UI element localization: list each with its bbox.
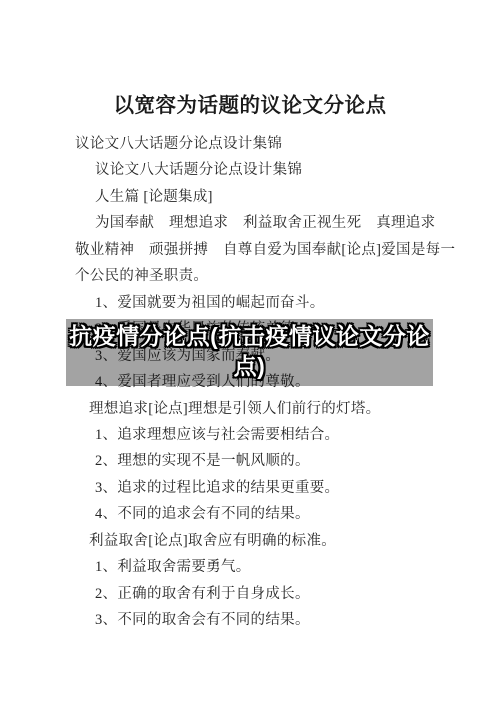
watermark-title-line1: 抗疫情分论点(抗击疫情议论文分论 (69, 321, 430, 351)
document-title: 以宽容为话题的议论文分论点 (0, 88, 500, 118)
text-line: 为国奉献 理想追求 利益取舍正视生死 真理追求 (75, 210, 447, 236)
text-line: 4、不同的追求会有不同的结果。 (75, 501, 447, 527)
watermark-title-line2: 点) (234, 351, 266, 381)
text-line: 议论文八大话题分论点设计集锦 (75, 157, 447, 183)
text-line: 敬业精神 顽强拼搏 自尊自爱为国奉献[论点]爱国是每一 (75, 237, 447, 263)
text-line: 3、追求的过程比追求的结果更重要。 (75, 475, 447, 501)
text-line: 1、爱国就要为祖国的崛起而奋斗。 (75, 290, 447, 316)
text-line: 3、不同的取舍会有不同的结果。 (75, 607, 447, 633)
text-line: 议论文八大话题分论点设计集锦 (75, 131, 447, 157)
watermark-band: 抗疫情分论点(抗击疫情议论文分论 点) (66, 319, 433, 386)
document-page: 以宽容为话题的议论文分论点 议论文八大话题分论点设计集锦议论文八大话题分论点设计… (0, 0, 500, 706)
text-line: 个公民的神圣职责。 (75, 263, 447, 289)
text-line: 2、理想的实现不是一帆风顺的。 (75, 448, 447, 474)
text-line: 1、追求理想应该与社会需要相结合。 (75, 422, 447, 448)
text-line: 理想追求[论点]理想是引领人们前行的灯塔。 (75, 396, 447, 422)
text-line: 1、利益取舍需要勇气。 (75, 554, 447, 580)
text-line: 2、正确的取舍有利于自身成长。 (75, 581, 447, 607)
text-line: 人生篇 [论题集成] (75, 184, 447, 210)
text-line: 利益取舍[论点]取舍应有明确的标准。 (75, 528, 447, 554)
